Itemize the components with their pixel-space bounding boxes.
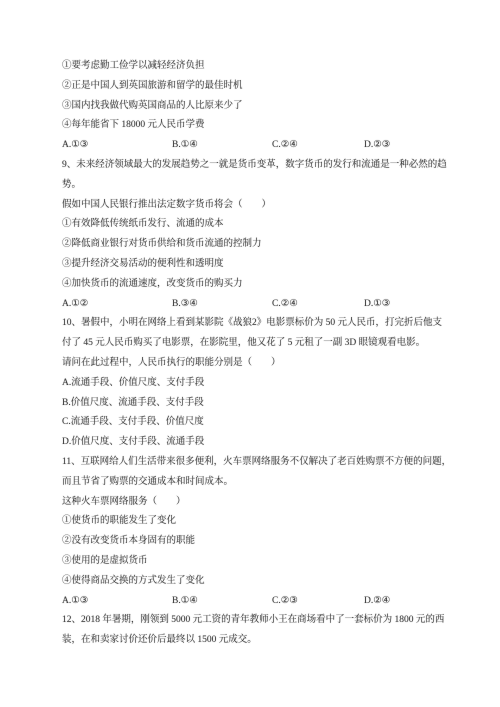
text-line: ③使用的是虚拟货币 <box>62 552 446 572</box>
text-line: ④加快货币的流通速度，改变货币的购买力 <box>62 275 446 295</box>
option-choice: A.①② <box>62 295 172 315</box>
option-choice: B.①④ <box>172 136 272 156</box>
option-choice: B.①④ <box>172 592 272 612</box>
document-page: ①要考虑勤工俭学以减轻经济负担②正是中国人到英国旅游和留学的最佳时机③国内找我做… <box>0 0 500 707</box>
option-choice: D.②④ <box>364 592 446 612</box>
text-line: B.价值尺度、流通手段、支付手段 <box>62 394 446 414</box>
option-choice: B.③④ <box>172 295 272 315</box>
text-line: 假如中国人民银行推出法定数字货币将会（ ） <box>62 196 446 216</box>
text-line: ③国内找我做代购英国商品的人比原来少了 <box>62 97 446 117</box>
option-choice: D.①③ <box>364 295 446 315</box>
option-choice: D.②③ <box>364 136 446 156</box>
text-line: 这种火车票网络服务（ ） <box>62 493 446 513</box>
option-choice: C.②④ <box>272 295 364 315</box>
exam-text-block: ①要考虑勤工俭学以减轻经济负担②正是中国人到英国旅游和留学的最佳时机③国内找我做… <box>62 57 446 651</box>
text-line: 11、互联网给人们生活带来很多便利，火车票网络服务不仅解决了老百姓购票不方便的问… <box>62 453 446 473</box>
text-line: ①使货币的职能发生了变化 <box>62 512 446 532</box>
text-line: ②没有改变货币本身固有的职能 <box>62 532 446 552</box>
text-line: 请问在此过程中，人民币执行的职能分别是（ ） <box>62 354 446 374</box>
option-choice: C.②③ <box>272 592 364 612</box>
text-line: 9、未来经济领域最大的发展趋势之一就是货币变革，数字货币的发行和流通是一种必然的… <box>62 156 446 176</box>
options-row: A.①③B.①④C.②③D.②④ <box>62 592 446 612</box>
text-line: 装，在和卖家讨价还价后最终以 1500 元成交。 <box>62 631 446 651</box>
text-line: ④每年能省下 18000 元人民币学费 <box>62 116 446 136</box>
text-line: A.流通手段、价值尺度、支付手段 <box>62 374 446 394</box>
text-line: ①要考虑勤工俭学以减轻经济负担 <box>62 57 446 77</box>
text-line: 10、暑假中，小明在网络上看到某影院《战狼2》电影票标价为 50 元人民币，打完… <box>62 314 446 334</box>
option-choice: C.②④ <box>272 136 364 156</box>
options-row: A.①②B.③④C.②④D.①③ <box>62 295 446 315</box>
text-line: ①有效降低传统纸币发行、流通的成本 <box>62 215 446 235</box>
text-line: ③提升经济交易活动的便利性和透明度 <box>62 255 446 275</box>
text-line: 势。 <box>62 176 446 196</box>
text-line: 付了 45 元人民币购买了电影票，在影院里，他又花了 5 元租了一副 3D 眼镜… <box>62 334 446 354</box>
option-choice: A.①③ <box>62 136 172 156</box>
text-line: C.流通手段、支付手段、价值尺度 <box>62 413 446 433</box>
text-line: ②正是中国人到英国旅游和留学的最佳时机 <box>62 77 446 97</box>
text-line: ④使得商品交换的方式发生了变化 <box>62 572 446 592</box>
text-line: 而且节省了购票的交通成本和时间成本。 <box>62 473 446 493</box>
options-row: A.①③B.①④C.②④D.②③ <box>62 136 446 156</box>
text-line: 12、2018 年暑期，刚领到 5000 元工资的青年教师小王在商场看中了一套标… <box>62 611 446 631</box>
text-line: D.价值尺度、支付手段、流通手段 <box>62 433 446 453</box>
option-choice: A.①③ <box>62 592 172 612</box>
text-line: ②降低商业银行对货币供给和货币流通的控制力 <box>62 235 446 255</box>
